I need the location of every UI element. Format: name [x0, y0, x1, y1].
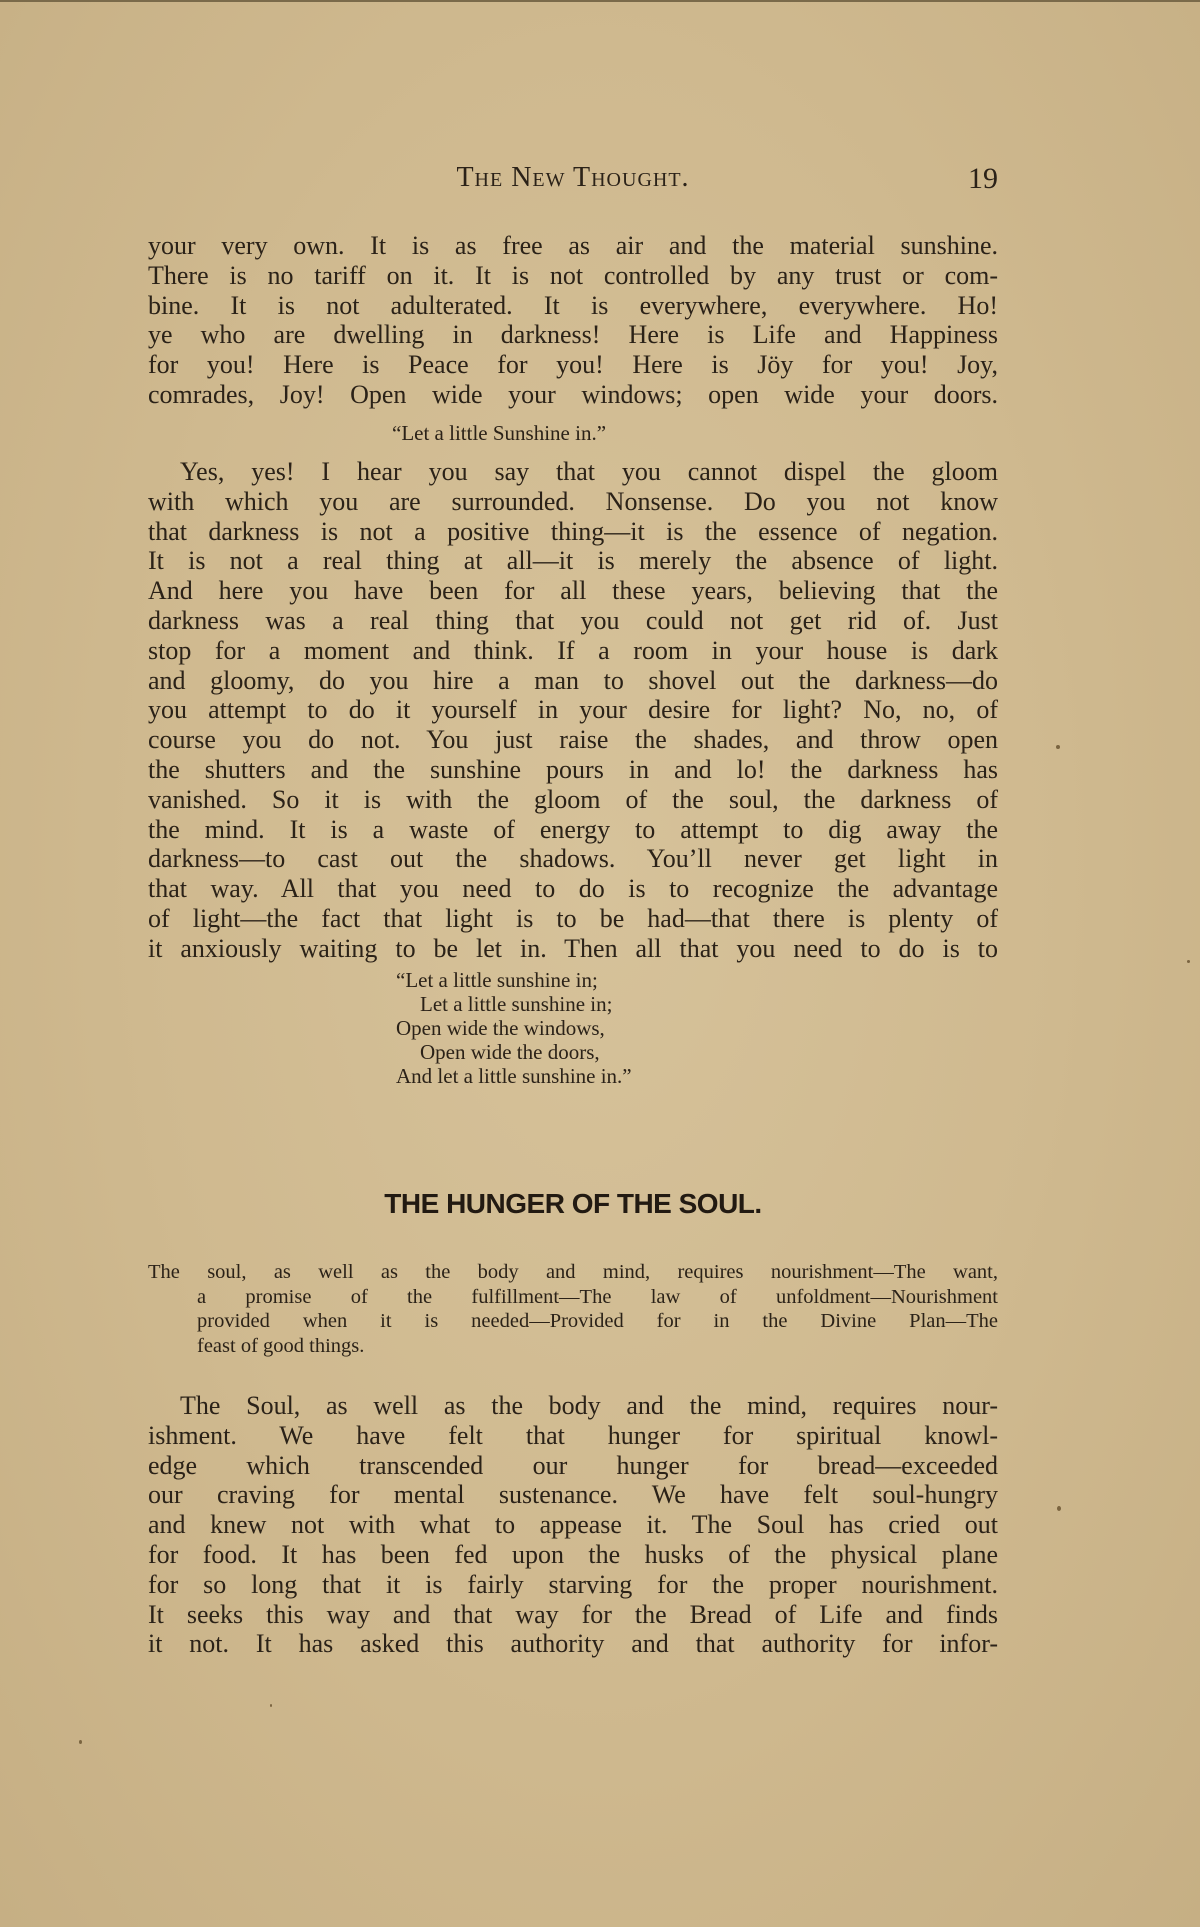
- text-line: It seeks this way and that way for the B…: [148, 1600, 998, 1630]
- sunshine-poem: “Let a little sunshine in; Let a little …: [396, 968, 632, 1088]
- text-line: comrades, Joy! Open wide your windows; o…: [148, 380, 998, 410]
- text-line: of light—the fact that light is to be ha…: [148, 904, 998, 934]
- chapter-title: THE HUNGER OF THE SOUL.: [148, 1188, 998, 1220]
- text-line: with which you are surrounded. Nonsense.…: [148, 487, 998, 517]
- text-line: darkness was a real thing that you could…: [148, 606, 998, 636]
- paper-speck: [79, 1740, 82, 1744]
- paper-speck: [270, 1704, 272, 1707]
- text-line: and knew not with what to appease it. Th…: [148, 1510, 998, 1540]
- text-line: for you! Here is Peace for you! Here is …: [148, 350, 998, 380]
- paper-speck: [1056, 745, 1060, 749]
- running-title: The New Thought.: [148, 162, 998, 194]
- text-line: ishment. We have felt that hunger for sp…: [148, 1421, 998, 1451]
- text-line: it anxiously waiting to be let in. Then …: [148, 934, 998, 964]
- paper-speck: [1057, 1506, 1061, 1511]
- text-line: the mind. It is a waste of energy to att…: [148, 815, 998, 845]
- poem-line: “Let a little sunshine in;: [396, 968, 632, 992]
- text-line: course you do not. You just raise the sh…: [148, 725, 998, 755]
- text-line: And here you have been for all these yea…: [148, 576, 998, 606]
- text-line: Yes, yes! I hear you say that you cannot…: [148, 457, 998, 487]
- sunshine-quote: “Let a little Sunshine in.”: [392, 421, 606, 446]
- text-line: bine. It is not adulterated. It is every…: [148, 291, 998, 321]
- text-line: that darkness is not a positive thing—it…: [148, 517, 998, 547]
- text-line: for food. It has been fed upon the husks…: [148, 1540, 998, 1570]
- synopsis-line: provided when it is needed—Provided for …: [148, 1309, 998, 1334]
- text-line: The Soul, as well as the body and the mi…: [148, 1391, 998, 1421]
- poem-line: Open wide the doors,: [396, 1040, 632, 1064]
- text-line: There is no tariff on it. It is not cont…: [148, 261, 998, 291]
- text-line: It is not a real thing at all—it is mere…: [148, 546, 998, 576]
- paragraph-hunger: The Soul, as well as the body and the mi…: [148, 1391, 998, 1659]
- paragraph-continued: your very own. It is as free as air and …: [148, 231, 998, 410]
- text-line: stop for a moment and think. If a room i…: [148, 636, 998, 666]
- paper-speck: [1187, 960, 1190, 963]
- poem-line: And let a little sunshine in.”: [396, 1064, 632, 1088]
- text-line: vanished. So it is with the gloom of the…: [148, 785, 998, 815]
- chapter-synopsis: The soul, as well as the body and mind, …: [148, 1260, 998, 1358]
- text-line: your very own. It is as free as air and …: [148, 231, 998, 261]
- synopsis-line: The soul, as well as the body and mind, …: [148, 1260, 998, 1285]
- text-line: for so long that it is fairly starving f…: [148, 1570, 998, 1600]
- paragraph-darkness: Yes, yes! I hear you say that you cannot…: [148, 457, 998, 964]
- synopsis-line: a promise of the fulfillment—The law of …: [148, 1285, 998, 1310]
- text-line: darkness—to cast out the shadows. You’ll…: [148, 844, 998, 874]
- text-line: and gloomy, do you hire a man to shovel …: [148, 666, 998, 696]
- text-line: the shutters and the sunshine pours in a…: [148, 755, 998, 785]
- poem-line: Open wide the windows,: [396, 1016, 632, 1040]
- text-line: ye who are dwelling in darkness! Here is…: [148, 320, 998, 350]
- text-line: edge which transcended our hunger for br…: [148, 1451, 998, 1481]
- poem-line: Let a little sunshine in;: [396, 992, 632, 1016]
- text-line: that way. All that you need to do is to …: [148, 874, 998, 904]
- synopsis-line: feast of good things.: [148, 1334, 998, 1359]
- book-page: The New Thought. 19 your very own. It is…: [0, 0, 1200, 1927]
- text-line: it not. It has asked this authority and …: [148, 1629, 998, 1659]
- page-header: The New Thought. 19: [148, 162, 998, 202]
- page-number: 19: [968, 162, 998, 196]
- text-line: our craving for mental sustenance. We ha…: [148, 1480, 998, 1510]
- text-line: you attempt to do it yourself in your de…: [148, 695, 998, 725]
